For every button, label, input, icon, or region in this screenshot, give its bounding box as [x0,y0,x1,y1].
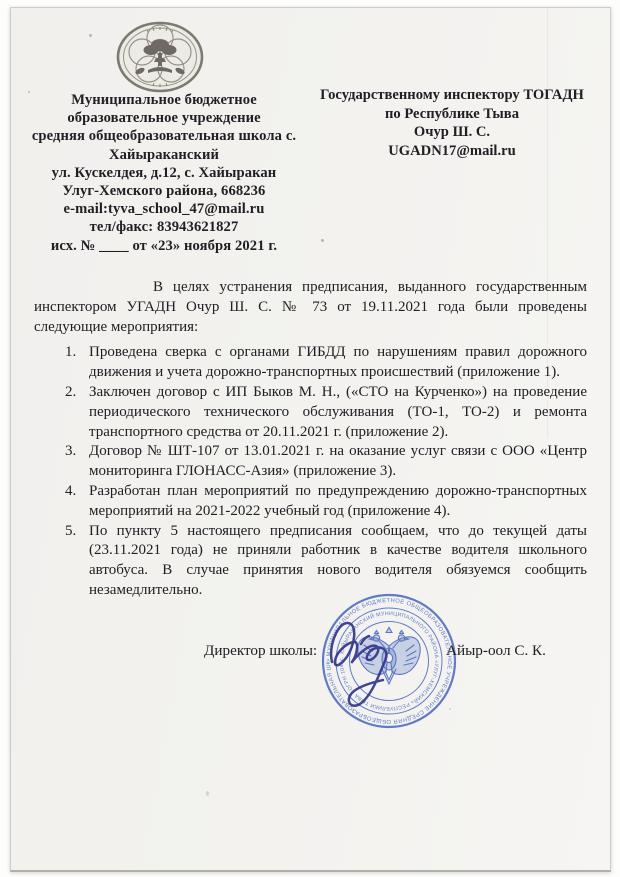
list-item-number: 3. [65,442,76,462]
signature-role-label: Директор школы: [204,642,317,660]
sender-phone-line: тел/факс: 83943621827 [16,218,312,236]
list-item-text: По пункту 5 настоящего предписания сообщ… [89,523,587,598]
intro-paragraph: В целях устранения предписания, выданног… [34,278,587,337]
recipient-line: Государственному инспектору ТОГАДН [299,86,605,105]
sender-block: Муниципальное бюджетное образовательное … [16,91,312,255]
scanned-letter-page: Муниципальное бюджетное образовательное … [10,7,611,872]
list-item: 4.Разработан план мероприятий по предупр… [65,482,587,522]
recipient-line: по Республике Тыва [299,105,605,124]
signature-name: Айыр-оол С. К. [446,642,546,660]
recipient-email-line: UGADN17@mail.ru [299,142,605,161]
numbered-list: 1.Проведена сверка с органами ГИБДД по н… [65,343,587,600]
list-item: 1.Проведена сверка с органами ГИБДД по н… [65,343,587,383]
sender-line: образовательное учреждение [16,109,312,127]
sender-line: средняя общеобразовательная школа с. [16,127,312,145]
sender-email-line: e-mail:tyva_school_47@mail.ru [16,200,312,218]
letter-body: В целях устранения предписания, выданног… [34,278,587,601]
list-item-number: 1. [65,343,76,363]
list-item-number: 5. [65,522,76,542]
recipient-block: Государственному инспектору ТОГАДН по Ре… [299,86,605,160]
sender-line: Хайыраканский [16,146,312,164]
scan-speck [321,239,324,242]
list-item-text: Договор № ШТ-107 от 13.01.2021 г. на ока… [89,443,587,479]
handwritten-signature [314,600,426,718]
list-item-text: Заключен договор с ИП Быков М. Н., («СТО… [89,384,587,440]
list-item-text: Проведена сверка с органами ГИБДД по нар… [89,344,587,380]
scan-speck [206,791,209,796]
sender-line: Муниципальное бюджетное [16,91,312,109]
sender-address-line: Улуг-Хемского района, 668236 [16,182,312,200]
scan-speck [89,34,92,37]
paper-crease [547,8,548,438]
school-emblem-icon [115,20,205,94]
list-item: 2.Заключен договор с ИП Быков М. Н., («С… [65,383,587,442]
list-item-text: Разработан план мероприятий по предупреж… [89,483,587,519]
sender-address-line: ул. Кускелдея, д.12, с. Хайыракан [16,164,312,182]
scan-speck [28,91,30,93]
list-item-number: 4. [65,482,76,502]
list-item: 5.По пункту 5 настоящего предписания соо… [65,522,587,601]
recipient-name-line: Очур Ш. С. [299,123,605,142]
outgoing-number-line: исх. № ____ от «23» ноября 2021 г. [16,237,312,255]
list-item: 3.Договор № ШТ-107 от 13.01.2021 г. на о… [65,442,587,482]
list-item-number: 2. [65,383,76,403]
